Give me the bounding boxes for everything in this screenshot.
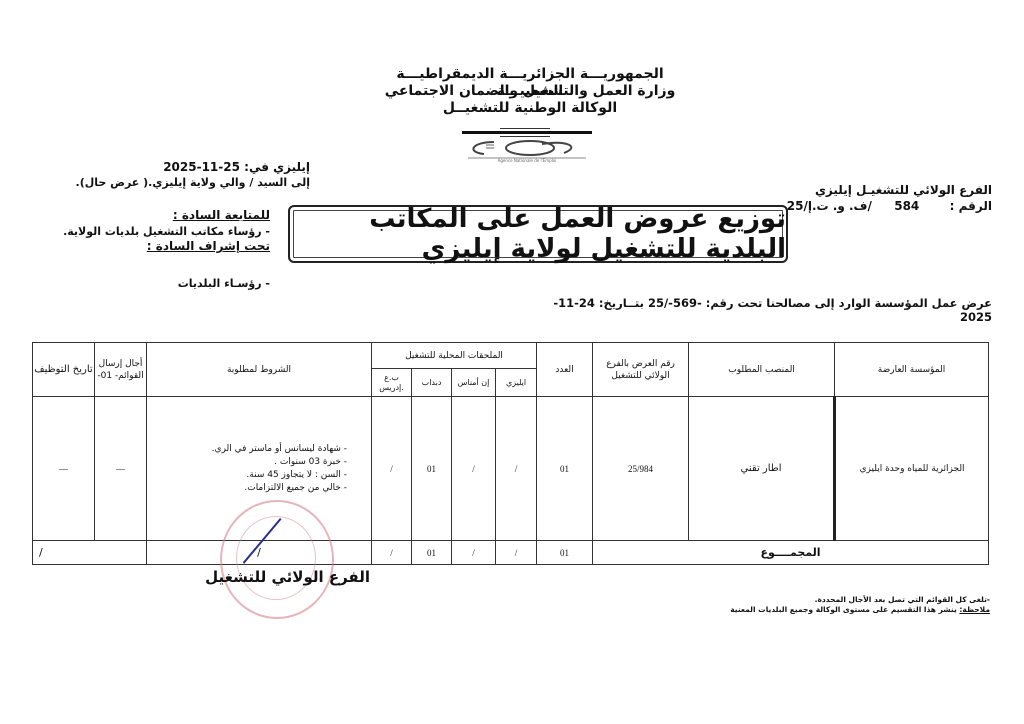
- note-line-1: -تلغى كل القوائم التي تصل بعد الأجال الم…: [700, 595, 990, 605]
- note-line-2: ملاحظة: ينشر هذا التقسيم على مستوى الوكا…: [700, 605, 990, 615]
- condition-item: شهادة ليسانس أو ماستر في الري.: [147, 443, 347, 456]
- cell-office-illizi: /: [496, 397, 537, 541]
- ministry-header: وزارة العمل والتشغيل والضمان الاجتماعي: [380, 83, 680, 100]
- total-office-debdeb: 01: [412, 541, 452, 565]
- header-organization: المؤسسة العارضة: [835, 343, 989, 397]
- cell-office-debdeb: 01: [412, 397, 452, 541]
- cell-deadline: —: [95, 397, 147, 541]
- condition-item: خالي من جميع الالتزامات.: [147, 482, 347, 495]
- document-title: توزيع عروض العمل على المكاتب البلدية للت…: [290, 204, 786, 264]
- cell-position: اطار تقني: [689, 397, 835, 541]
- place-date: إيليزي في: 25-11-2025: [100, 160, 310, 175]
- table-row: الجزائرية للمياه وحدة ايليزي اطار تقني 2…: [33, 397, 989, 541]
- cell-count: 01: [537, 397, 593, 541]
- header-conditions: الشروط لمطلوبة: [147, 343, 372, 397]
- sender-branch: الفرع الولائي للتشغيـل إيليزي: [780, 183, 992, 198]
- header-deadline: أجال إرسال القوائم- 01-: [95, 343, 147, 397]
- addressee-to: إلى السيد / والي ولاية إيليزي.( عرض حال)…: [70, 175, 310, 190]
- cell-organization: الجزائرية للمياه وحدة ايليزي: [835, 397, 989, 541]
- header-offer-number: رقم العرض بالفرع الولائي للتشغيل: [593, 343, 689, 397]
- ref-suffix: /ف. و. ت.إ/25: [787, 199, 872, 213]
- total-row: المجمــــوع 01 / / 01 / / /: [33, 541, 989, 565]
- agency-logo-icon: [464, 138, 590, 160]
- total-label: المجمــــوع: [593, 541, 989, 565]
- job-offers-table: المؤسسة العارضة المنصب المطلوب رقم العرض…: [32, 342, 989, 565]
- document-title-box: توزيع عروض العمل على المكاتب البلدية للت…: [288, 205, 788, 263]
- header-local-offices: الملحقات المحلية للتشغيل: [372, 343, 537, 369]
- header-office-in-amenas: إن أمناس: [452, 369, 496, 397]
- official-stamp: [220, 500, 334, 619]
- follow-up-label: للمتابعة السادة :: [100, 208, 270, 223]
- condition-item: السن : لا يتجاوز 45 سنة.: [147, 469, 347, 482]
- logo-divider: [462, 128, 592, 136]
- header-office-debdeb: دبداب: [412, 369, 452, 397]
- logo-caption: Agence Nationale de l'Emploi: [466, 158, 588, 163]
- ref-label: الرقم :: [950, 199, 992, 213]
- header-position: المنصب المطلوب: [689, 343, 835, 397]
- condition-item: خبرة 03 سنوات .: [147, 456, 347, 469]
- intro-line: عرض عمل المؤسسة الوارد إلى مصالحنا تحت ر…: [540, 296, 992, 324]
- header-office-illizi: ايليزي: [496, 369, 537, 397]
- total-office-in-amenas: /: [452, 541, 496, 565]
- total-count: 01: [537, 541, 593, 565]
- cell-office-bordj-omar-driss: /: [372, 397, 412, 541]
- signatory-branch: الفرع الولائي للتشغيل: [150, 568, 370, 586]
- cell-office-in-amenas: /: [452, 397, 496, 541]
- cell-hiring-date: —: [33, 397, 95, 541]
- cell-offer-number: 25/984: [593, 397, 689, 541]
- supervision-item: - رؤسـاء البلديات: [100, 276, 270, 291]
- sender-reference: الرقم : 584 /ف. و. ت.إ/25: [780, 199, 992, 214]
- total-deadline-hiring: /: [33, 541, 147, 565]
- header-office-bordj-omar-driss: ب.ع .إدريس: [372, 369, 412, 397]
- header-count: العدد: [537, 343, 593, 397]
- agency-header: الوكالة الوطنية للتشغيــل: [380, 100, 680, 117]
- follow-up-item: - رؤساء مكاتب التشغيل بلديات الولاية.: [60, 224, 270, 239]
- header-hiring-date: تاريخ التوظيف: [33, 343, 95, 397]
- total-office-illizi: /: [496, 541, 537, 565]
- total-office-bordj-omar-driss: /: [372, 541, 412, 565]
- supervision-label: تحت إشراف السادة :: [100, 239, 270, 254]
- ref-number: 584: [894, 199, 919, 213]
